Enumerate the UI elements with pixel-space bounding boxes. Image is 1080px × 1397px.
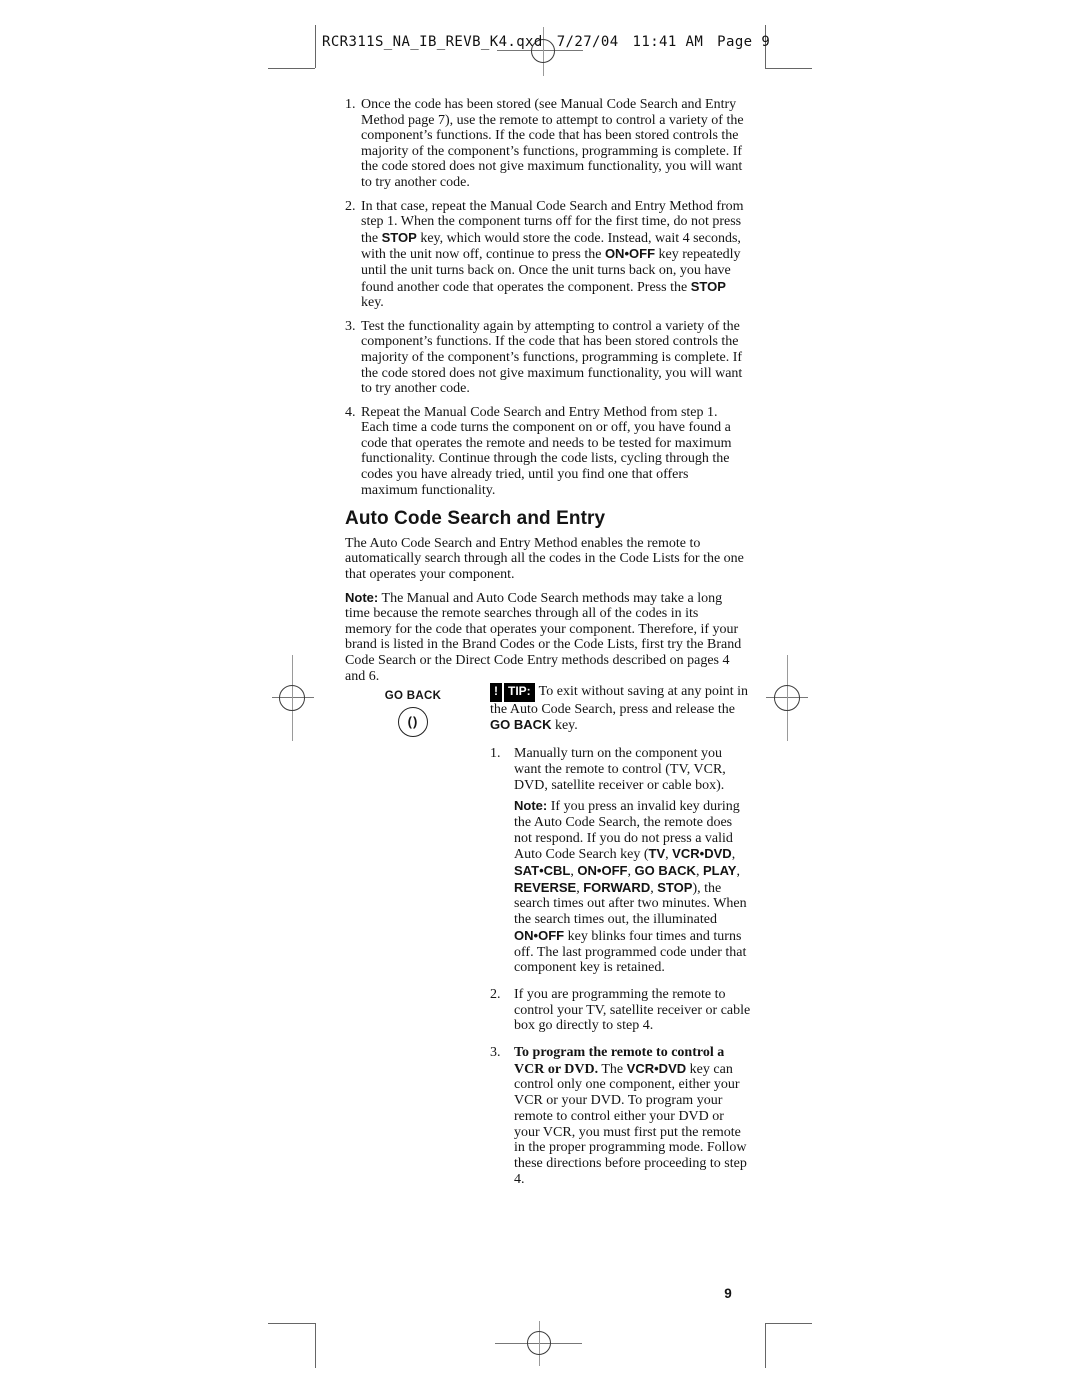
list-item-number: 3.	[490, 1045, 514, 1187]
list-item-number: 2.	[490, 987, 514, 1034]
list-item: 3.To program the remote to control a VCR…	[490, 1045, 752, 1187]
list-item-number: 1.	[490, 746, 514, 976]
crop-mark-bottom-left-v	[315, 1323, 316, 1368]
list-item-note: Note: If you press an invalid key during…	[514, 798, 752, 976]
crop-mark-bottom-right-h	[765, 1323, 812, 1324]
manual-steps-list: 1.Once the code has been stored (see Man…	[345, 97, 747, 498]
manual-page: { "header": { "file_slug": "RCR311S_NA_I…	[0, 0, 1080, 1397]
section-title: Auto Code Search and Entry	[345, 511, 747, 527]
list-item-text: If you are programming the remote to con…	[514, 987, 752, 1034]
list-item: 1.Manually turn on the component you wan…	[490, 746, 752, 976]
section-note: Note: The Manual and Auto Code Search me…	[345, 590, 747, 685]
list-item: 3.Test the functionality again by attemp…	[345, 319, 747, 397]
crop-mark-top-left-h	[268, 68, 315, 69]
list-item-text: In that case, repeat the Manual Code Sea…	[361, 199, 747, 311]
file-date: 7/27/04	[557, 34, 619, 50]
list-item-number: 1.	[345, 97, 361, 191]
list-item: 2.If you are programming the remote to c…	[490, 987, 752, 1034]
list-item-text: Repeat the Manual Code Search and Entry …	[361, 405, 747, 499]
list-item-text: Once the code has been stored (see Manua…	[361, 97, 747, 191]
section-intro: The Auto Code Search and Entry Method en…	[345, 536, 747, 583]
list-item-text: Test the functionality again by attempti…	[361, 319, 747, 397]
main-column: 1.Once the code has been stored (see Man…	[345, 97, 747, 684]
list-item-number: 2.	[345, 199, 361, 311]
tip-paragraph: !TIP:To exit without saving at any point…	[490, 683, 752, 734]
list-item-text: To program the remote to control a VCR o…	[514, 1045, 752, 1187]
go-back-key-label: GO BACK	[383, 690, 443, 702]
page-number: 9	[713, 1286, 743, 1301]
crop-mark-top-right-h	[765, 68, 812, 69]
list-item-number: 4.	[345, 405, 361, 499]
list-item-text: Manually turn on the component you want …	[514, 746, 752, 976]
page-label: Page 9	[717, 34, 770, 50]
crop-mark-bottom-right-v	[765, 1323, 766, 1368]
auto-search-column: !TIP:To exit without saving at any point…	[490, 683, 752, 1198]
auto-search-steps-list: 1.Manually turn on the component you wan…	[490, 746, 752, 1187]
crop-mark-top-left-v	[315, 25, 316, 68]
crop-mark-bottom-left-h	[268, 1323, 315, 1324]
file-time: 11:41 AM	[633, 34, 704, 50]
exclamation-icon: !	[490, 683, 502, 702]
list-item: 1.Once the code has been stored (see Man…	[345, 97, 747, 191]
go-back-key-icon: ()	[398, 707, 428, 737]
list-item-number: 3.	[345, 319, 361, 397]
tip-badge-label: TIP:	[504, 683, 535, 702]
list-item: 2.In that case, repeat the Manual Code S…	[345, 199, 747, 311]
go-back-key-figure: GO BACK ()	[383, 690, 443, 737]
tip-badge: !TIP:	[490, 683, 535, 702]
file-name: RCR311S_NA_IB_REVB_K4.qxd	[322, 34, 543, 50]
document-slug-header: RCR311S_NA_IB_REVB_K4.qxd7/27/0411:41 AM…	[322, 34, 762, 50]
list-item: 4.Repeat the Manual Code Search and Entr…	[345, 405, 747, 499]
